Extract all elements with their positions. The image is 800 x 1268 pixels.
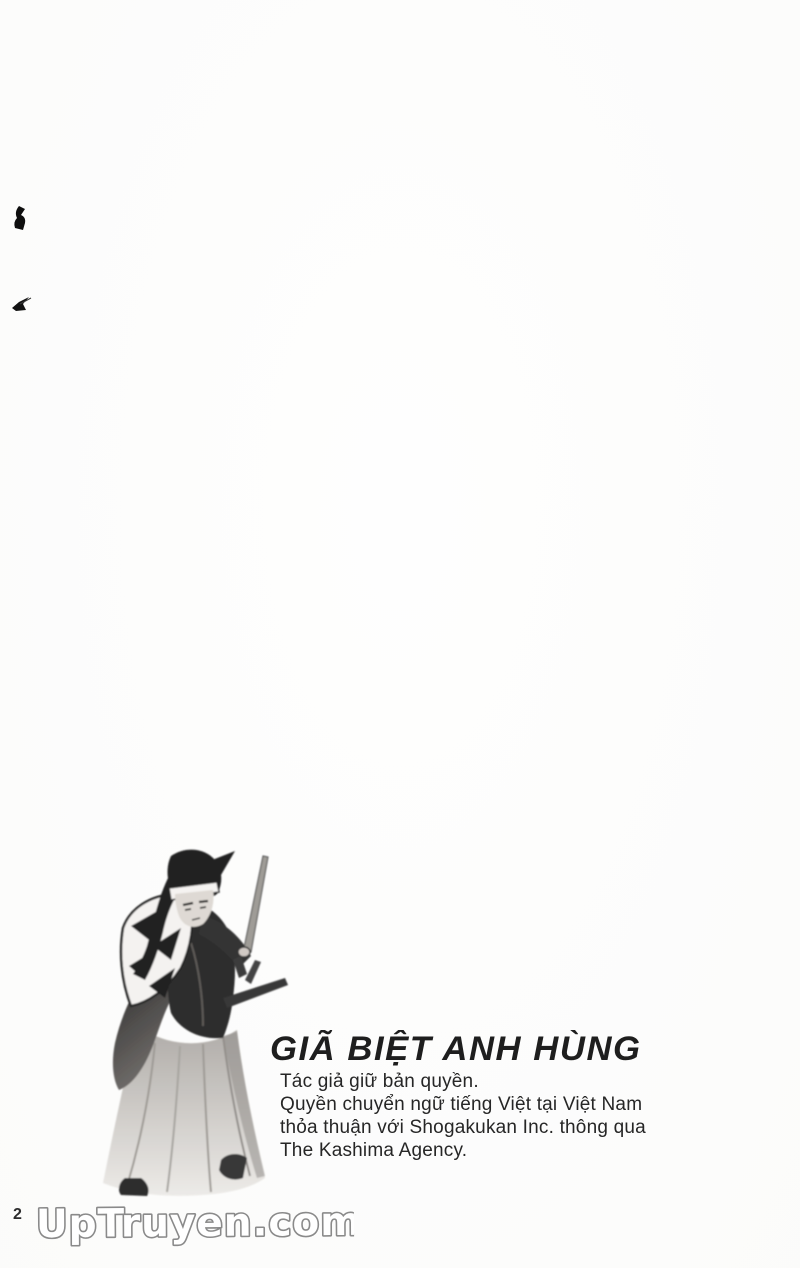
credits-block: Tác giả giữ bản quyền. Quyền chuyển ngữ … bbox=[280, 1070, 750, 1162]
credit-line: The Kashima Agency. bbox=[280, 1139, 750, 1162]
credit-line: Tác giả giữ bản quyền. bbox=[280, 1070, 750, 1093]
ink-speck-icon bbox=[10, 295, 34, 315]
ink-speck-icon bbox=[12, 205, 30, 233]
credit-line: thỏa thuận với Shogakukan Inc. thông qua bbox=[280, 1116, 750, 1139]
site-watermark-text: UpTruyen.com bbox=[36, 1200, 354, 1247]
samurai-illustration bbox=[95, 848, 290, 1200]
page-number: 2 bbox=[13, 1206, 22, 1224]
manga-page: GIÃ BIỆT ANH HÙNG Tác giả giữ bản quyền.… bbox=[0, 0, 800, 1268]
title-block: GIÃ BIỆT ANH HÙNG Tác giả giữ bản quyền.… bbox=[270, 1030, 750, 1162]
site-watermark: UpTruyen.com bbox=[24, 1187, 354, 1259]
chapter-title: GIÃ BIỆT ANH HÙNG bbox=[270, 1030, 760, 1068]
credit-line: Quyền chuyển ngữ tiếng Việt tại Việt Nam bbox=[280, 1093, 750, 1116]
